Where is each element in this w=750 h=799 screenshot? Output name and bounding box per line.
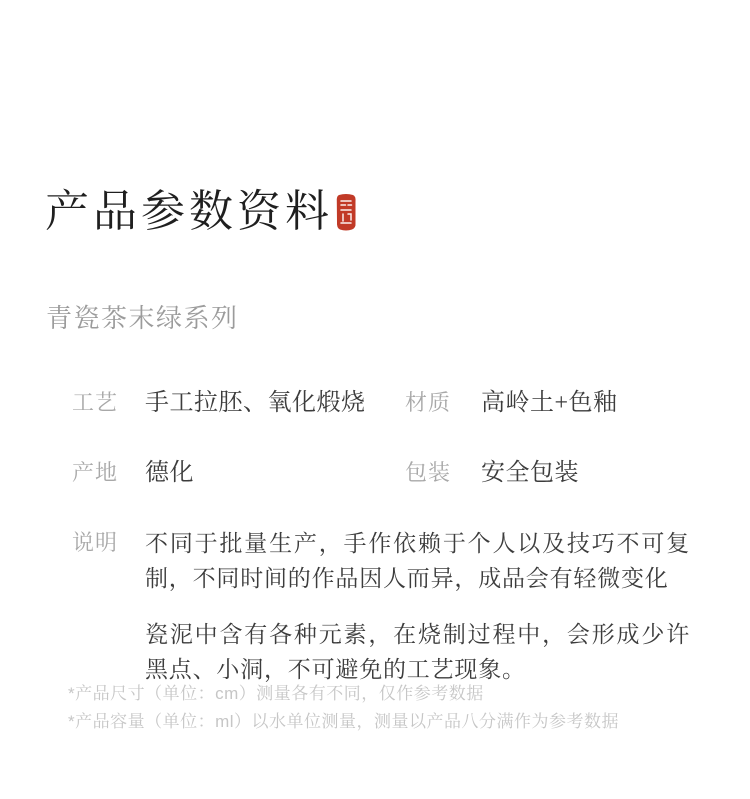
param-value-packaging: 安全包装 (481, 456, 579, 490)
footnote-size: *产品尺寸（单位：cm）测量各有不同，仅作参考数据 (68, 680, 619, 708)
note-paragraphs: 不同于批量生产，手作依赖于个人以及技巧不可复制，不同时间的作品因人而异，成品会有… (145, 526, 690, 687)
parameter-table: 工艺 手工拉胚、氧化煅烧 材质 高岭土+色釉 产地 德化 包装 安全包装 说明 … (72, 386, 690, 687)
footnote-capacity: *产品容量（单位：ml）以水单位测量，测量以产品八分满作为参考数据 (68, 708, 619, 736)
note-paragraph-1: 不同于批量生产，手作依赖于个人以及技巧不可复制，不同时间的作品因人而异，成品会有… (145, 526, 690, 596)
param-row-1: 工艺 手工拉胚、氧化煅烧 材质 高岭土+色釉 (72, 386, 690, 420)
param-row-note: 说明 不同于批量生产，手作依赖于个人以及技巧不可复制，不同时间的作品因人而异，成… (72, 526, 690, 687)
series-subtitle: 青瓷茶末绿系列 (46, 298, 239, 335)
page-title: 产品参数资料 (45, 186, 333, 239)
red-seal-icon (335, 192, 357, 237)
param-value-origin: 德化 (145, 456, 405, 490)
param-label-packaging: 包装 (405, 456, 481, 490)
product-parameter-panel: 产品参数资料 青瓷茶末绿系列 工艺 手工拉胚、氧化煅烧 材质 高 (0, 0, 750, 799)
param-label-note: 说明 (72, 526, 145, 560)
param-label-craft: 工艺 (72, 386, 145, 420)
param-value-material: 高岭土+色釉 (481, 386, 618, 420)
title-row: 产品参数资料 (45, 186, 357, 239)
footnotes: *产品尺寸（单位：cm）测量各有不同，仅作参考数据 *产品容量（单位：ml）以水… (68, 680, 619, 736)
param-row-2: 产地 德化 包装 安全包装 (72, 456, 690, 490)
param-label-material: 材质 (405, 386, 481, 420)
param-value-craft: 手工拉胚、氧化煅烧 (145, 386, 405, 420)
param-label-origin: 产地 (72, 456, 145, 490)
note-paragraph-2: 瓷泥中含有各种元素，在烧制过程中，会形成少许黑点、小洞，不可避免的工艺现象。 (145, 617, 690, 687)
